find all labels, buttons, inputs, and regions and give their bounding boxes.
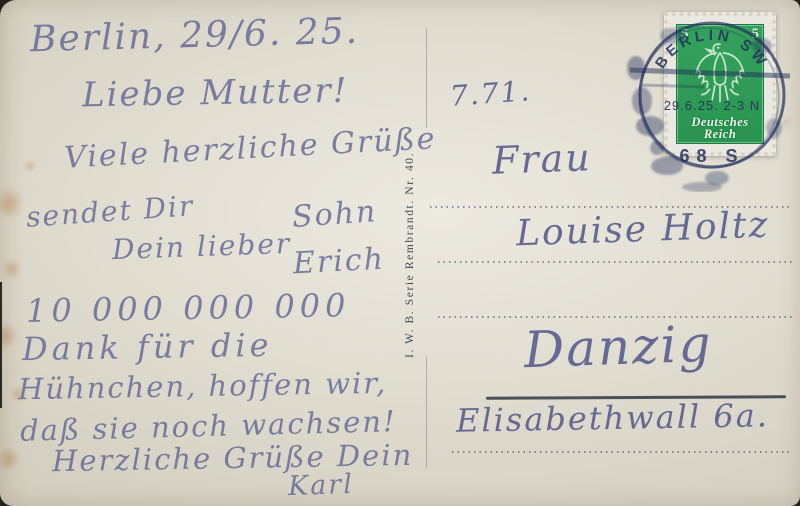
postmark: BERLIN SW 29.6.25. 2-3 N 68 S [612,6,800,192]
foxing-spot [2,258,22,280]
message-line: Karl [288,471,355,500]
address-line-rule [452,451,792,453]
postmark-district: 68 S [679,146,744,166]
foxing-spot [0,446,20,472]
message-line: Dank für die [22,329,273,365]
foxing-spot [0,186,24,220]
foxing-spot [0,322,18,350]
divider-line [426,356,427,468]
postcard-back: I. W. B. Serie Rembrandt. Nr. 40. Berlin… [0,0,800,506]
foxing-spot [24,160,36,172]
message-line: Sohn [291,197,378,233]
publisher-imprint: I. W. B. Serie Rembrandt. Nr. 40. [404,152,416,358]
address-street: Elisabethwall 6a. [456,399,769,436]
address-line-rule [438,261,792,263]
divider-line [426,28,427,128]
address-city: Danzig [523,319,713,376]
message-line: Herzliche Grüße Dein [52,441,414,476]
postmark-date: 29.6.25. 2-3 N [664,98,760,113]
message-line: Dein lieber [112,230,292,264]
message-line: sendet Dir [25,192,195,232]
message-line: Viele herzliche Grüße [63,124,437,173]
recipient-name: Louise Holtz [515,208,770,253]
message-line: 10 000 000 000 [26,289,351,327]
scan-edge-shadow [0,282,2,408]
message-line: Hühnchen, hoffen wir, [18,369,388,404]
pencil-note: 7.71. [449,77,532,111]
message-line: Berlin, 29/6. 25. [30,14,360,59]
recipient-title: Frau [491,138,592,179]
message-line: Liebe Mutter! [82,74,349,113]
message-line: Erich [292,245,385,280]
scan-background: I. W. B. Serie Rembrandt. Nr. 40. Berlin… [0,0,800,506]
